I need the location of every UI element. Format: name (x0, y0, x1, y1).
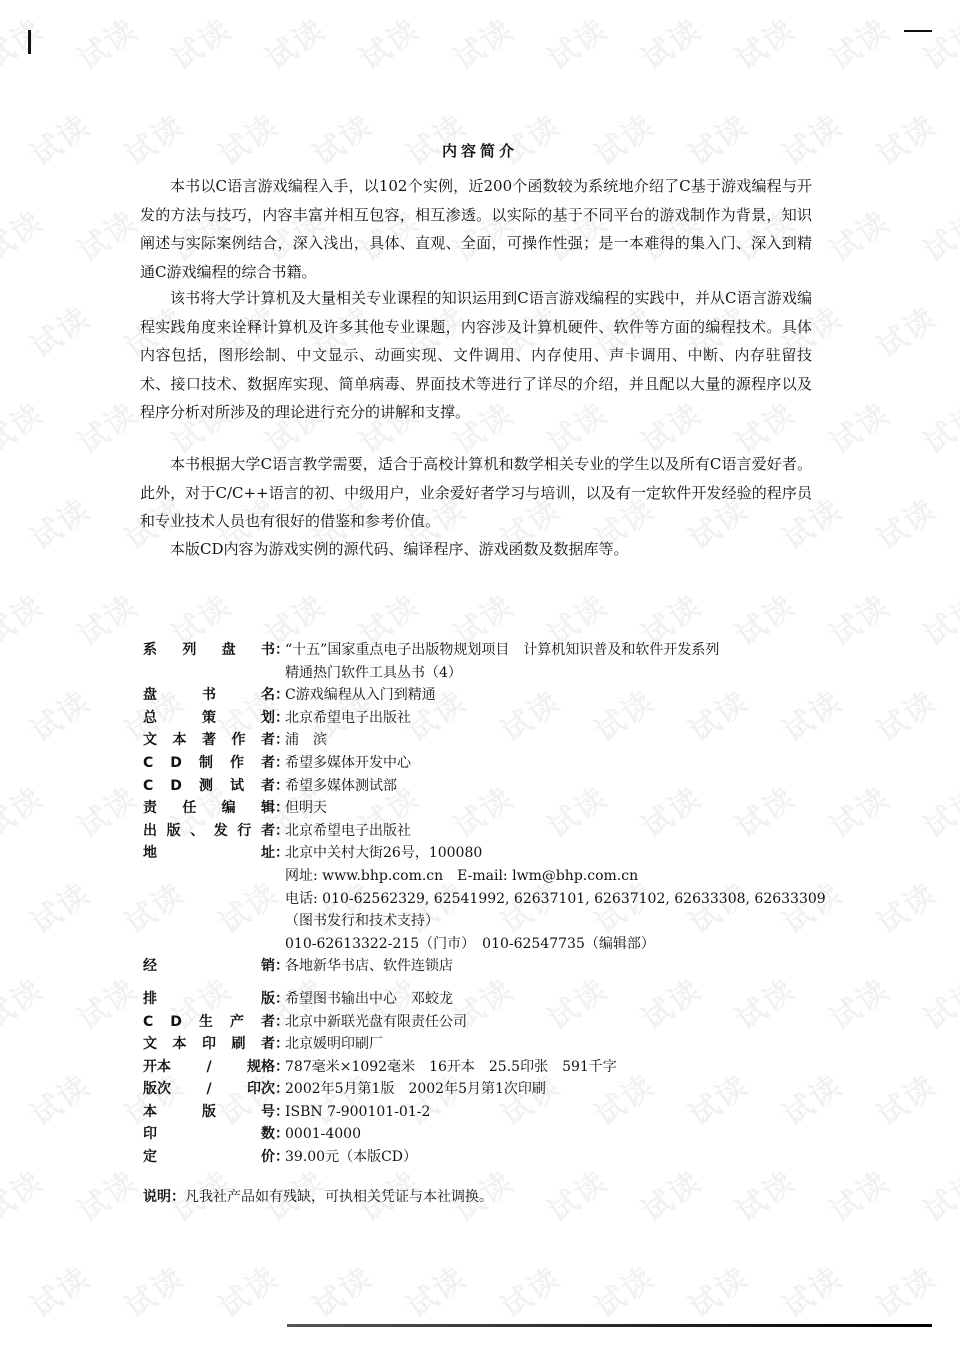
label-char: D (170, 752, 182, 775)
label-char: 试 (230, 775, 244, 798)
label-char: 文 (143, 729, 157, 752)
label-char: 、 (190, 820, 204, 843)
colon: ： (275, 1123, 285, 1146)
label-char: 排 (143, 988, 157, 1011)
label-char: 作 (230, 752, 244, 775)
phone2-line-text: 010-62613322-215（门市） 010-62547735（编辑部） (285, 933, 655, 956)
field-label: 总策划 (143, 707, 275, 730)
label-char: 策 (202, 707, 216, 730)
label-char: 者 (261, 775, 275, 798)
intro-paragraph-3: 本书根据大学C语言教学需要，适合于高校计算机和数学相关专业的学生以及所有C语言爱… (140, 450, 812, 536)
label-char: D (170, 775, 182, 798)
field-label: 出版、发行者 (143, 820, 275, 843)
colon: ： (275, 707, 285, 730)
colon: ： (275, 1101, 285, 1124)
label-char: 系 (143, 639, 157, 662)
address-row: 地址：北京中关村大街26号，100080 (143, 842, 823, 865)
label-char: 任 (182, 797, 196, 820)
field-value: 北京中新联光盘有限责任公司 (285, 1011, 467, 1034)
label-char: 者 (261, 1011, 275, 1034)
label-char: 址 (261, 842, 275, 865)
label-char: 开本 (143, 1056, 171, 1079)
label-char: 印次 (247, 1078, 275, 1101)
note: 说明：凡我社产品如有残缺，可执相关凭证与本社调换。 (143, 1186, 493, 1206)
series-row: 系列盘书：“十五”国家重点电子出版物规划项目 计算机知识普及和软件开发系列 (143, 639, 823, 662)
field-label: 开本/规格 (143, 1056, 275, 1079)
label-char: 辑 (261, 797, 275, 820)
label-char: 责 (143, 797, 157, 820)
intro-paragraph-4: 本版CD内容为游戏实例的源代码、编译程序、游戏函数及数据库等。 (140, 535, 812, 564)
label-char: 书 (261, 639, 275, 662)
phone-line: 电话: 010-62562329, 62541992, 62637101, 62… (143, 888, 823, 911)
field-label: 责任编辑 (143, 797, 275, 820)
field-value: 0001-4000 (285, 1123, 361, 1146)
field-value: 但明天 (285, 797, 327, 820)
colon: ： (275, 820, 285, 843)
label-char: 刷 (232, 1033, 246, 1056)
colon: ： (275, 1033, 285, 1056)
colon: ： (275, 988, 285, 1011)
label-char: 名 (261, 684, 275, 707)
field-label: 文本著作者 (143, 729, 275, 752)
label-char: 数 (261, 1123, 275, 1146)
website-line: 网址: www.bhp.com.cn E-mail: lwm@bhp.com.c… (143, 865, 823, 888)
label-char: 地 (143, 842, 157, 865)
field-value: 各地新华书店、软件连锁店 (285, 955, 453, 978)
label-char: 作 (232, 729, 246, 752)
label-char: 编 (222, 797, 236, 820)
label-char: 本 (173, 1033, 187, 1056)
field-label: 本版号 (143, 1101, 275, 1124)
label-char: 盘 (143, 684, 157, 707)
website-line-text: 网址: www.bhp.com.cn E-mail: lwm@bhp.com.c… (285, 865, 638, 888)
label-char: 印 (143, 1123, 157, 1146)
field-value: 希望多媒体开发中心 (285, 752, 411, 775)
colon: ： (275, 1078, 285, 1101)
field-value: C游戏编程从入门到精通 (285, 684, 436, 707)
field-value: “十五”国家重点电子出版物规划项目 计算机知识普及和软件开发系列 (285, 639, 719, 662)
field-label: CD制作者 (143, 752, 275, 775)
field-label: 地址 (143, 842, 275, 865)
label-char: C (143, 752, 153, 775)
note-text: 凡我社产品如有残缺，可执相关凭证与本社调换。 (185, 1189, 493, 1205)
colon: ： (275, 955, 285, 978)
field-label: CD生产者 (143, 1011, 275, 1034)
label-char: 测 (199, 775, 213, 798)
editor-row: 责任编辑：但明天 (143, 797, 823, 820)
scan-mark (28, 30, 31, 54)
label-char: 行 (237, 820, 251, 843)
label-char: 出 (143, 820, 157, 843)
price-row: 定价：39.00元（本版CD） (143, 1146, 823, 1169)
label-char: 产 (230, 1011, 244, 1034)
label-char: 划 (261, 707, 275, 730)
label-char: 者 (261, 820, 275, 843)
field-value: 北京中关村大街26号，100080 (285, 842, 482, 865)
field-value: 787毫米×1092毫米 16开本 25.5印张 591千字 (285, 1056, 617, 1079)
label-char: / (206, 1078, 211, 1101)
label-char: 者 (261, 752, 275, 775)
colon: ： (275, 1146, 285, 1169)
colon: ： (275, 684, 285, 707)
label-char: 版 (261, 988, 275, 1011)
label-char: / (206, 1056, 211, 1079)
colon: ： (275, 775, 285, 798)
cd-producer-row: CD制作者：希望多媒体开发中心 (143, 752, 823, 775)
bottom-rule (287, 1324, 932, 1327)
cd-manufacturer-row: CD生产者：北京中新联光盘有限责任公司 (143, 1011, 823, 1034)
field-label: 经销 (143, 955, 275, 978)
cd-tester-row: CD测试者：希望多媒体测试部 (143, 775, 823, 798)
colon: ： (275, 797, 285, 820)
phone-note-line-text: （图书发行和技术支持） (285, 910, 439, 933)
label-char: 经 (143, 955, 157, 978)
field-label: 印数 (143, 1123, 275, 1146)
field-label: CD测试者 (143, 775, 275, 798)
isbn-row: 本版号：ISBN 7-900101-01-2 (143, 1101, 823, 1124)
intro-paragraph-1: 本书以C语言游戏编程入手，以102个实例，近200个函数较为系统地介绍了C基于游… (140, 172, 812, 286)
label-char: 本 (173, 729, 187, 752)
series-cont: 精通热门软件工具丛书（4） (143, 662, 823, 685)
label-char: 盘 (222, 639, 236, 662)
field-value: 北京媛明印刷厂 (285, 1033, 383, 1056)
label-char: 发 (214, 820, 228, 843)
field-value: 2002年5月第1版 2002年5月第1次印刷 (285, 1078, 546, 1101)
format-row: 开本/规格：787毫米×1092毫米 16开本 25.5印张 591千字 (143, 1056, 823, 1079)
label-char: 书 (202, 684, 216, 707)
label-char: 版 (167, 820, 181, 843)
colophon: 系列盘书：“十五”国家重点电子出版物规划项目 计算机知识普及和软件开发系列精通热… (143, 639, 823, 1169)
field-value: 39.00元（本版CD） (285, 1146, 417, 1169)
label-char: 号 (261, 1101, 275, 1124)
author-row: 文本著作者：浦 滨 (143, 729, 823, 752)
colon: ： (275, 752, 285, 775)
label-char: 者 (261, 1033, 275, 1056)
colon: ： (275, 1011, 285, 1034)
edition-row: 版次/印次：2002年5月第1版 2002年5月第1次印刷 (143, 1078, 823, 1101)
planner-row: 总策划：北京希望电子出版社 (143, 707, 823, 730)
colon: ： (275, 1056, 285, 1079)
note-label: 说明： (143, 1189, 185, 1205)
section-title: 内容简介 (0, 140, 960, 161)
field-label: 排版 (143, 988, 275, 1011)
label-char: 版 (202, 1101, 216, 1124)
phone-note-line: （图书发行和技术支持） (143, 910, 823, 933)
field-value: ISBN 7-900101-01-2 (285, 1101, 430, 1124)
scan-mark (904, 30, 932, 32)
label-char: 制 (199, 752, 213, 775)
intro-paragraph-2: 该书将大学计算机及大量相关专业课程的知识运用到C语言游戏编程的实践中，并从C语言… (140, 284, 812, 427)
label-char: 列 (182, 639, 196, 662)
printer-row: 文本印刷者：北京媛明印刷厂 (143, 1033, 823, 1056)
typesetting-row: 排版：希望图书输出中心 邓蛟龙 (143, 988, 823, 1011)
phone2-line: 010-62613322-215（门市） 010-62547735（编辑部） (143, 933, 823, 956)
label-char: 定 (143, 1146, 157, 1169)
label-char: C (143, 775, 153, 798)
colon: ： (275, 842, 285, 865)
field-label: 定价 (143, 1146, 275, 1169)
distributor-row: 经销：各地新华书店、软件连锁店 (143, 955, 823, 978)
publisher-row: 出版、发行者：北京希望电子出版社 (143, 820, 823, 843)
field-label: 文本印刷者 (143, 1033, 275, 1056)
label-char: 印 (202, 1033, 216, 1056)
phone-line-text: 电话: 010-62562329, 62541992, 62637101, 62… (285, 888, 826, 911)
label-char: 销 (261, 955, 275, 978)
disc-title-row: 盘书名：C游戏编程从入门到精通 (143, 684, 823, 707)
label-char: C (143, 1011, 153, 1034)
field-value: 北京希望电子出版社 (285, 820, 411, 843)
field-label: 系列盘书 (143, 639, 275, 662)
colon: ： (275, 729, 285, 752)
label-char: 价 (261, 1146, 275, 1169)
label-char: 版次 (143, 1078, 171, 1101)
colon: ： (275, 639, 285, 662)
field-label: 版次/印次 (143, 1078, 275, 1101)
label-char: 总 (143, 707, 157, 730)
series-value-2: 精通热门软件工具丛书（4） (285, 662, 462, 685)
field-value: 浦 滨 (285, 729, 327, 752)
label-char: 文 (143, 1033, 157, 1056)
label-char: D (170, 1011, 182, 1034)
label-char: 规格 (247, 1056, 275, 1079)
field-value: 北京希望电子出版社 (285, 707, 411, 730)
field-label: 盘书名 (143, 684, 275, 707)
document-page: 内容简介 本书以C语言游戏编程入手，以102个实例，近200个函数较为系统地介绍… (0, 0, 960, 1357)
label-char: 著 (202, 729, 216, 752)
field-value: 希望多媒体测试部 (285, 775, 397, 798)
label-char: 生 (199, 1011, 213, 1034)
label-char: 本 (143, 1101, 157, 1124)
field-value: 希望图书输出中心 邓蛟龙 (285, 988, 453, 1011)
print-run-row: 印数：0001-4000 (143, 1123, 823, 1146)
label-char: 者 (261, 729, 275, 752)
